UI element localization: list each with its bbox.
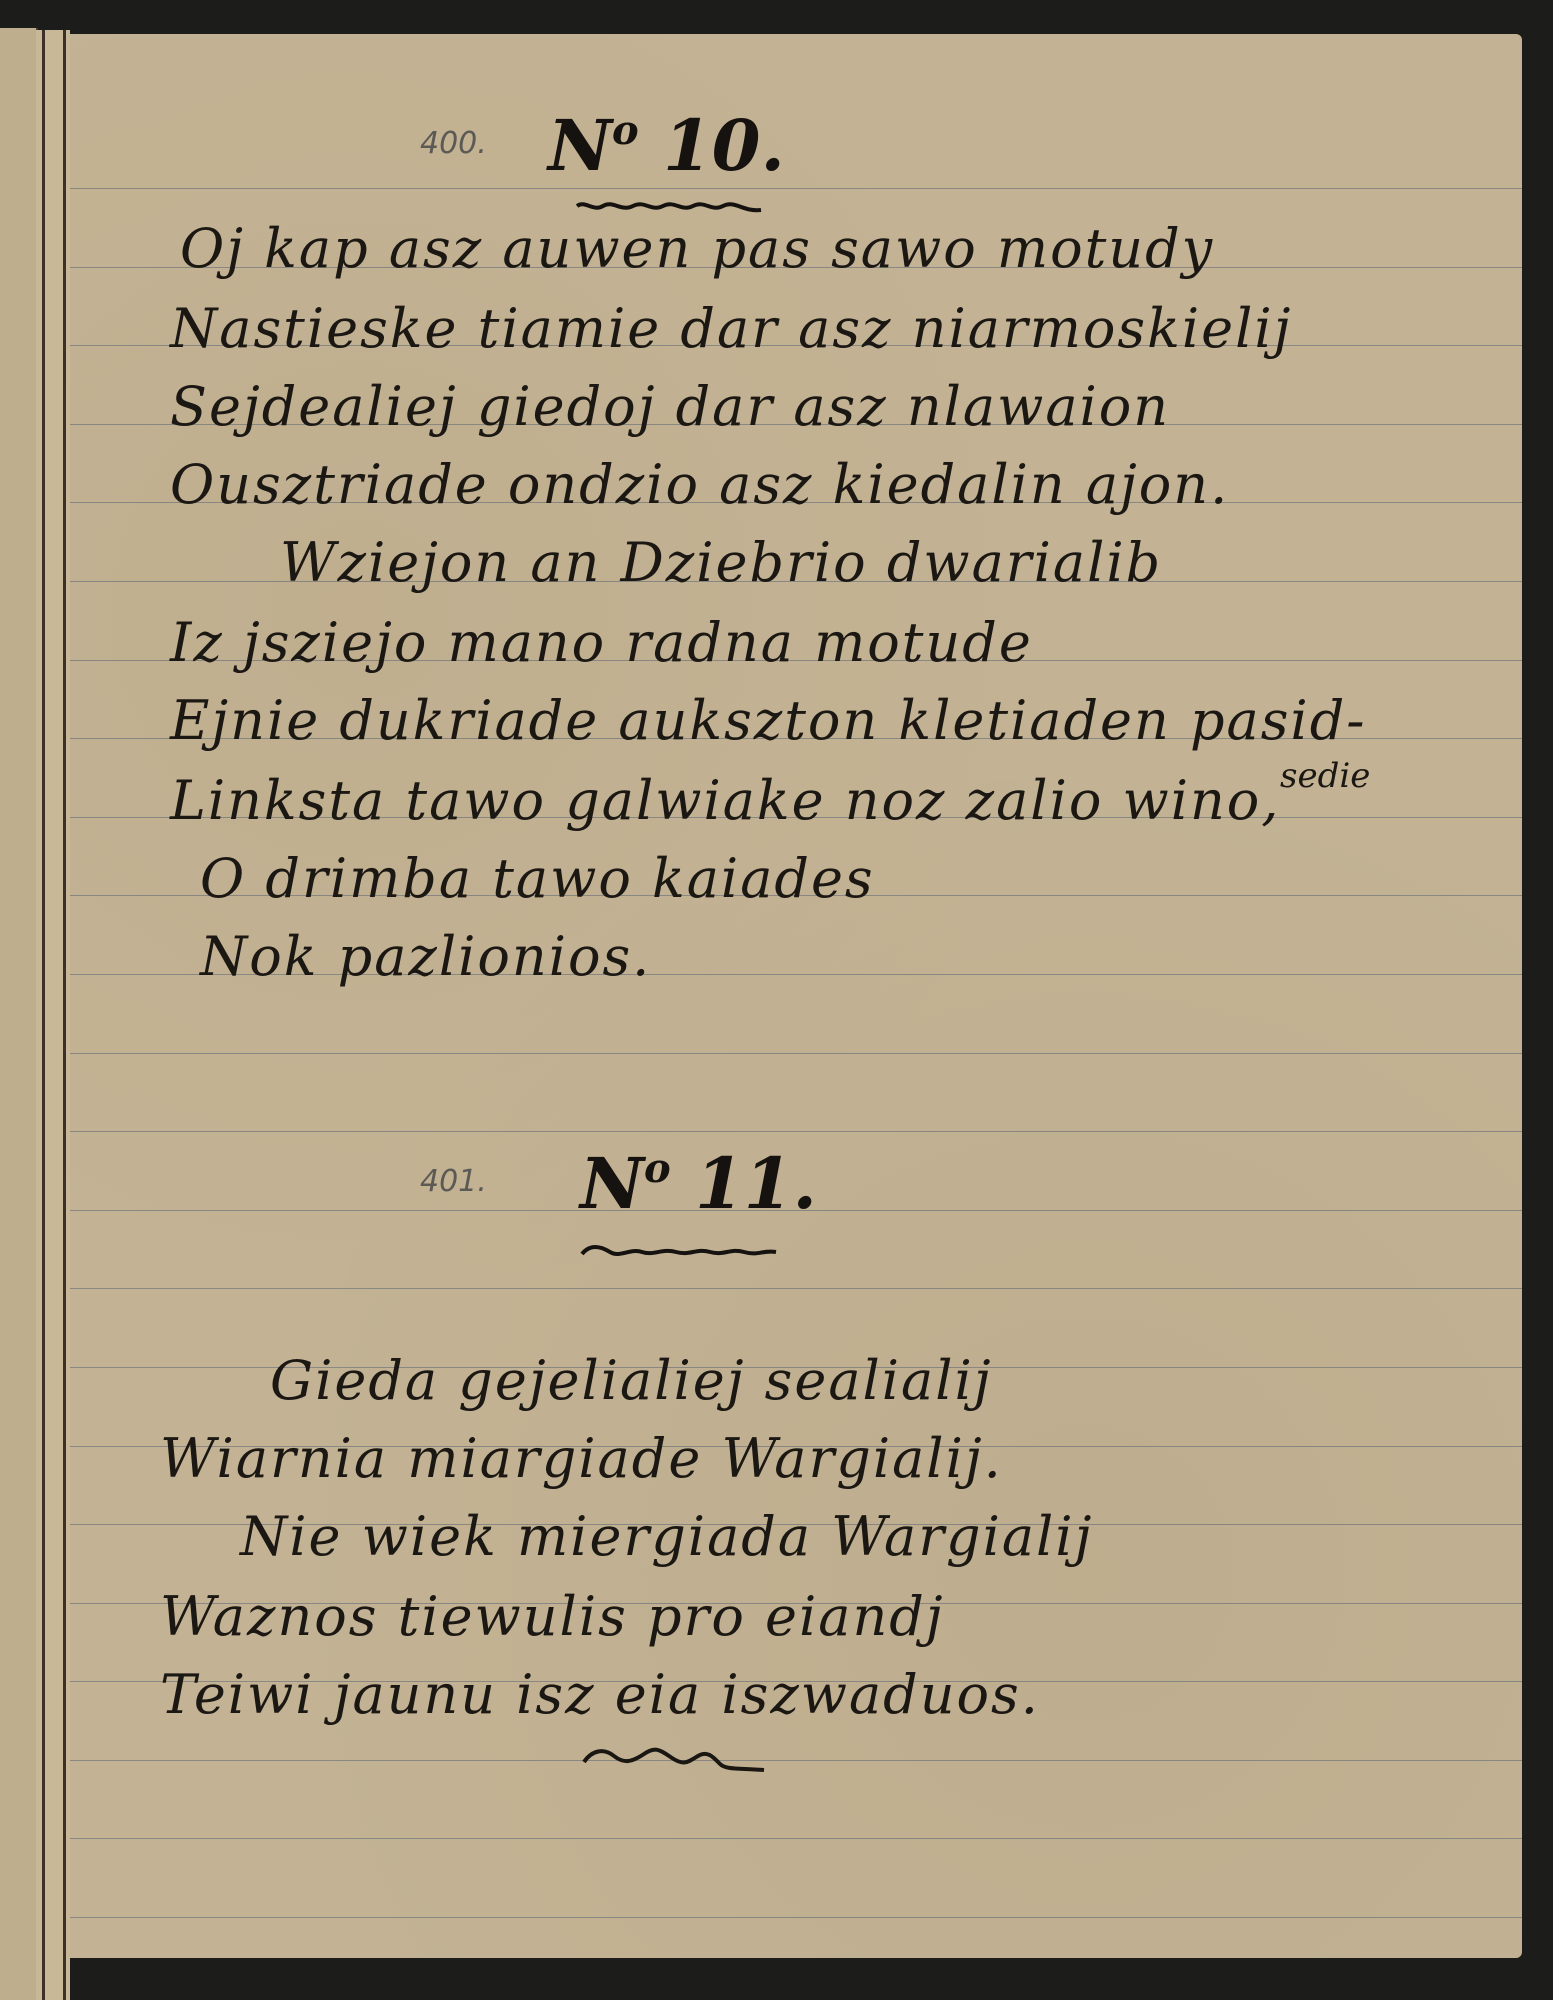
binding-line	[42, 30, 45, 2000]
verse-line: O drimba tawo kaiades	[200, 852, 875, 906]
entry-heading: No 10.	[548, 104, 785, 187]
verse-line: Oj kap asz auwen pas sawo motudy	[180, 222, 1214, 276]
previous-page-edge	[0, 28, 38, 2000]
verse-line: Wiarnia miargiade Wargialij.	[160, 1432, 1003, 1486]
verse-line: Ousztriade ondzio asz kiedalin ajon.	[170, 458, 1229, 512]
ruled-line	[70, 1053, 1522, 1054]
ruled-line	[70, 1838, 1522, 1839]
verse-line: Iz jsziejo mano radna motude	[170, 616, 1033, 670]
verse-line: Gieda gejelialiej sealialij	[270, 1354, 993, 1408]
pencil-number: 400.	[420, 126, 487, 161]
verse-line: Nie wiek miergiada Wargialij	[240, 1510, 1093, 1564]
closing-flourish	[580, 1740, 770, 1776]
verse-line: Linksta tawo galwiake noz zalio wino,	[170, 774, 1280, 828]
heading-underline-flourish	[580, 1242, 780, 1264]
verse-line: Nastieske tiamie dar asz niarmoskielij	[170, 302, 1292, 356]
verse-line: Ejnie dukriade aukszton kletiaden pasid-	[170, 694, 1367, 748]
notebook-page: 400. No 10. Oj kap asz auwen pas sawo mo…	[70, 34, 1522, 1958]
ruled-line	[70, 1131, 1522, 1132]
verse-line: Waznos tiewulis pro eiandj	[160, 1590, 945, 1644]
verse-line: Sejdealiej giedoj dar asz nlawaion	[170, 380, 1170, 434]
ruled-line	[70, 188, 1522, 189]
binding-line	[63, 30, 66, 2000]
verse-line: Wziejon an Dziebrio dwarialib	[280, 536, 1162, 590]
ruled-line	[70, 1288, 1522, 1289]
verse-line: Nok pazlionios.	[200, 930, 651, 984]
ruled-line	[70, 1760, 1522, 1761]
pencil-number: 401.	[420, 1164, 487, 1199]
ruled-line	[70, 1917, 1522, 1918]
interlinear-insertion: sedie	[1280, 756, 1370, 796]
entry-heading: No 11.	[580, 1142, 817, 1225]
verse-line: Teiwi jaunu isz eia iszwaduos.	[160, 1668, 1040, 1722]
